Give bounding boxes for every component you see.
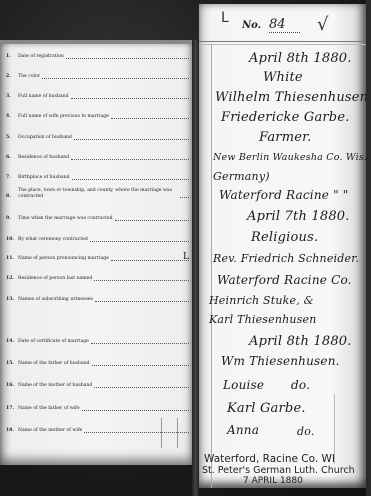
field-number: 1. [6, 54, 18, 60]
form-field-6: 6. Residence of husband [6, 155, 189, 161]
form-field-7: 7. Birthplace of husband [6, 175, 189, 181]
form-field-16: 16. Name of the mother of husband [6, 383, 189, 389]
entry-husband-father: Wm Thiesenhusen. [221, 354, 340, 368]
entry-officiant-residence: Waterford Racine Co. [217, 273, 352, 287]
field-label: Names of subscribing witnesses [18, 297, 93, 303]
dotted-leader [115, 219, 189, 221]
field-label: Name of the mother of wife [18, 428, 82, 434]
form-field-15: 15. Name of the father of husband [6, 361, 189, 367]
field-number: 13. [6, 297, 18, 303]
form-field-13: 13. Names of subscribing witnesses [6, 297, 189, 303]
record-number-label: No. [242, 20, 261, 31]
dotted-leader [72, 178, 189, 180]
dotted-leader [111, 259, 189, 261]
entry-husband-mother: Louise [223, 378, 264, 392]
field-label: Full name of wife previous to marriage [18, 114, 109, 120]
header-rule [199, 44, 366, 45]
dotted-leader [82, 409, 189, 411]
field-number: 5. [6, 135, 18, 141]
entry-wife-mother: Anna [227, 423, 259, 437]
header-rule [199, 41, 366, 42]
field-label: Date of certificate of marriage [18, 339, 89, 345]
entry-birthplace: Germany) [213, 170, 270, 183]
field-number: 7. [6, 175, 18, 181]
field-number: 8. [6, 194, 18, 200]
field-label: Name of the mother of husband [18, 383, 92, 389]
dotted-leader [71, 158, 189, 160]
field-label: Occupation of husband [18, 135, 72, 141]
form-field-14: 14. Date of certificate of marriage [6, 339, 189, 345]
field-label: Date of registration [18, 54, 64, 60]
field-label: Name of the father of wife [18, 406, 80, 412]
dotted-leader [90, 240, 189, 242]
field-number: 9. [6, 216, 18, 222]
field-label: The color [18, 74, 40, 80]
form-field-1: 1. Date of registration [6, 54, 189, 60]
entry-color: White [263, 70, 303, 85]
dotted-leader [94, 386, 189, 388]
page-top-edge [0, 40, 192, 44]
field-label: The place, town or township, and county,… [18, 188, 178, 199]
entry-wife-name: Friedericke Garbe. [221, 110, 350, 125]
field-label: Full name of husband [18, 94, 69, 100]
dotted-leader [66, 57, 189, 59]
form-field-10: 10. By what ceremony contracted [6, 237, 189, 243]
form-field-5: 5. Occupation of husband [6, 135, 189, 141]
entry-witness-2: Karl Thiesenhusen [209, 313, 317, 326]
form-field-2: 2. The color [6, 74, 189, 80]
field-number: 10. [6, 237, 18, 243]
dotted-leader [71, 97, 189, 99]
bleed-through-line [161, 418, 162, 448]
margin-rule [211, 44, 212, 488]
dotted-leader [92, 364, 189, 366]
field-label: Name of the father of husband [18, 361, 90, 367]
field-number: 11. [6, 256, 18, 262]
scan-edge [366, 0, 371, 496]
field-label: Time when the marriage was contracted [18, 216, 113, 222]
entry-marriage-place: Waterford Racine " " [219, 188, 349, 202]
field-label: Name of person pronouncing marriage [18, 256, 109, 262]
form-field-17: 17. Name of the father of wife [6, 406, 189, 412]
entry-date-of-registration: April 8th 1880. [249, 51, 352, 66]
form-field-3: 3. Full name of husband [6, 94, 189, 100]
page-gutter [192, 40, 199, 496]
dotted-leader [42, 77, 189, 79]
dotted-leader [95, 300, 189, 302]
field-number: 18. [6, 428, 18, 434]
field-number: 2. [6, 74, 18, 80]
dotted-leader [111, 117, 189, 119]
field-number: 3. [6, 94, 18, 100]
field-number: 15. [6, 361, 18, 367]
dotted-leader [74, 138, 189, 140]
field-label: Residence of person last named [18, 276, 92, 282]
handwritten-entry-page: L No. 84 √ April 8th 1880. White Wilhelm… [199, 4, 366, 488]
dotted-leader [180, 196, 189, 198]
field-number: 12. [6, 276, 18, 282]
field-number: 17. [6, 406, 18, 412]
annotation-location: Waterford, Racine Co. WI [204, 453, 335, 465]
checkmark-icon: √ [317, 14, 328, 35]
entry-marriage-date: April 7th 1880. [247, 209, 350, 224]
ditto-mark: do. [291, 378, 310, 392]
record-number-value: 84 [269, 17, 300, 33]
ditto-mark: do. [297, 425, 315, 438]
entry-wife-father: Karl Garbe. [227, 401, 306, 416]
corner-mark: L [221, 10, 229, 26]
entry-husband-name: Wilhelm Thiesenhusen [215, 90, 368, 105]
field-number: 4. [6, 114, 18, 120]
entry-officiant: Rev. Friedrich Schneider. [213, 252, 359, 265]
form-field-12: 12. Residence of person last named [6, 276, 189, 282]
annotation-date: 7 APRIL 1880 [243, 476, 303, 486]
entry-certificate-date: April 8th 1880. [249, 334, 352, 349]
printed-form-page: 1. Date of registration 2. The color 3. … [0, 40, 192, 465]
field-number: 16. [6, 383, 18, 389]
entry-residence: New Berlin Waukesha Co. Wis. [213, 152, 367, 163]
dotted-leader [94, 279, 189, 281]
entry-witness-1: Heinrich Stuke, & [209, 294, 314, 307]
field-label: By what ceremony contracted [18, 237, 88, 243]
form-field-4: 4. Full name of wife previous to marriag… [6, 114, 189, 120]
entry-occupation: Farmer. [259, 130, 311, 145]
field-label: Residence of husband [18, 155, 69, 161]
annotation-church: St. Peter's German Luth. Church [202, 465, 355, 476]
dotted-leader [91, 342, 189, 344]
field-number: 6. [6, 155, 18, 161]
form-field-11: 11. Name of person pronouncing marriage [6, 256, 189, 262]
form-field-9: 9. Time when the marriage was contracted [6, 216, 189, 222]
field-label: Birthplace of husband [18, 175, 70, 181]
form-field-8: 8. The place, town or township, and coun… [6, 188, 189, 199]
entry-ceremony: Religious. [251, 230, 318, 245]
dotted-leader [84, 431, 189, 433]
field-number: 14. [6, 339, 18, 345]
margin-mark: L [183, 252, 189, 262]
bleed-through-line [177, 418, 178, 448]
